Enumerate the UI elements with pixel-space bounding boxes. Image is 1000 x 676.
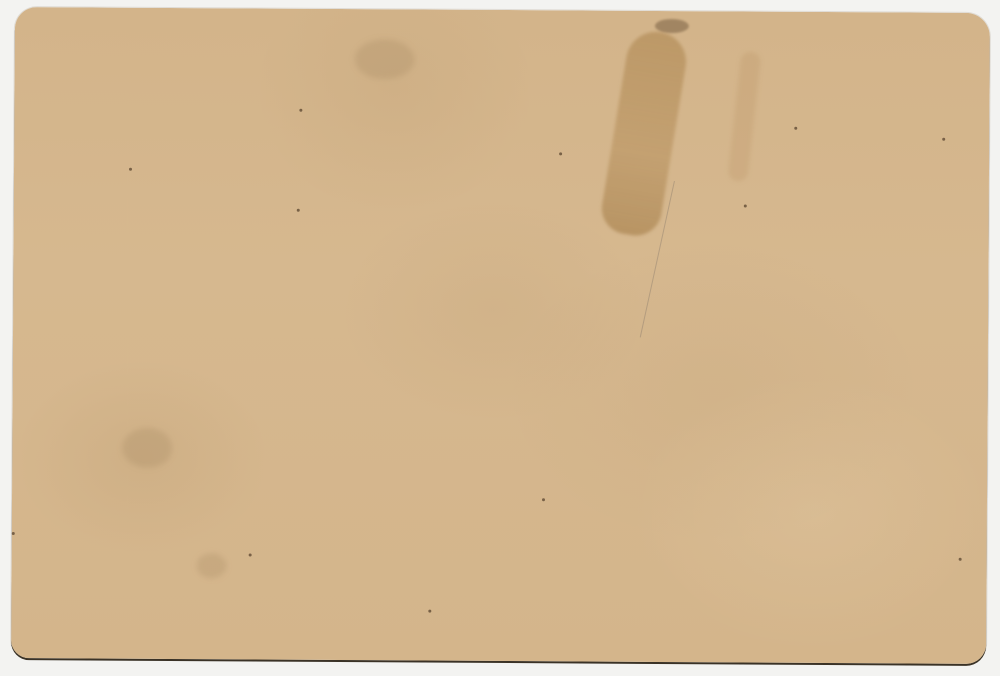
water-stain [598, 27, 691, 239]
speck [794, 127, 797, 130]
smudge [197, 553, 227, 578]
speck [249, 553, 252, 556]
speck [299, 109, 302, 112]
cabinet-card-back [11, 7, 990, 664]
smudge [122, 428, 172, 468]
stain-top-mark [655, 19, 689, 33]
speck [297, 209, 300, 212]
speck [942, 138, 945, 141]
speck [744, 204, 747, 207]
speck [12, 532, 15, 535]
faint-water-stain [727, 51, 761, 182]
speck [959, 558, 962, 561]
speck [542, 498, 545, 501]
speck [559, 152, 562, 155]
speck [428, 610, 431, 613]
speck [129, 168, 132, 171]
smudge [355, 39, 415, 79]
